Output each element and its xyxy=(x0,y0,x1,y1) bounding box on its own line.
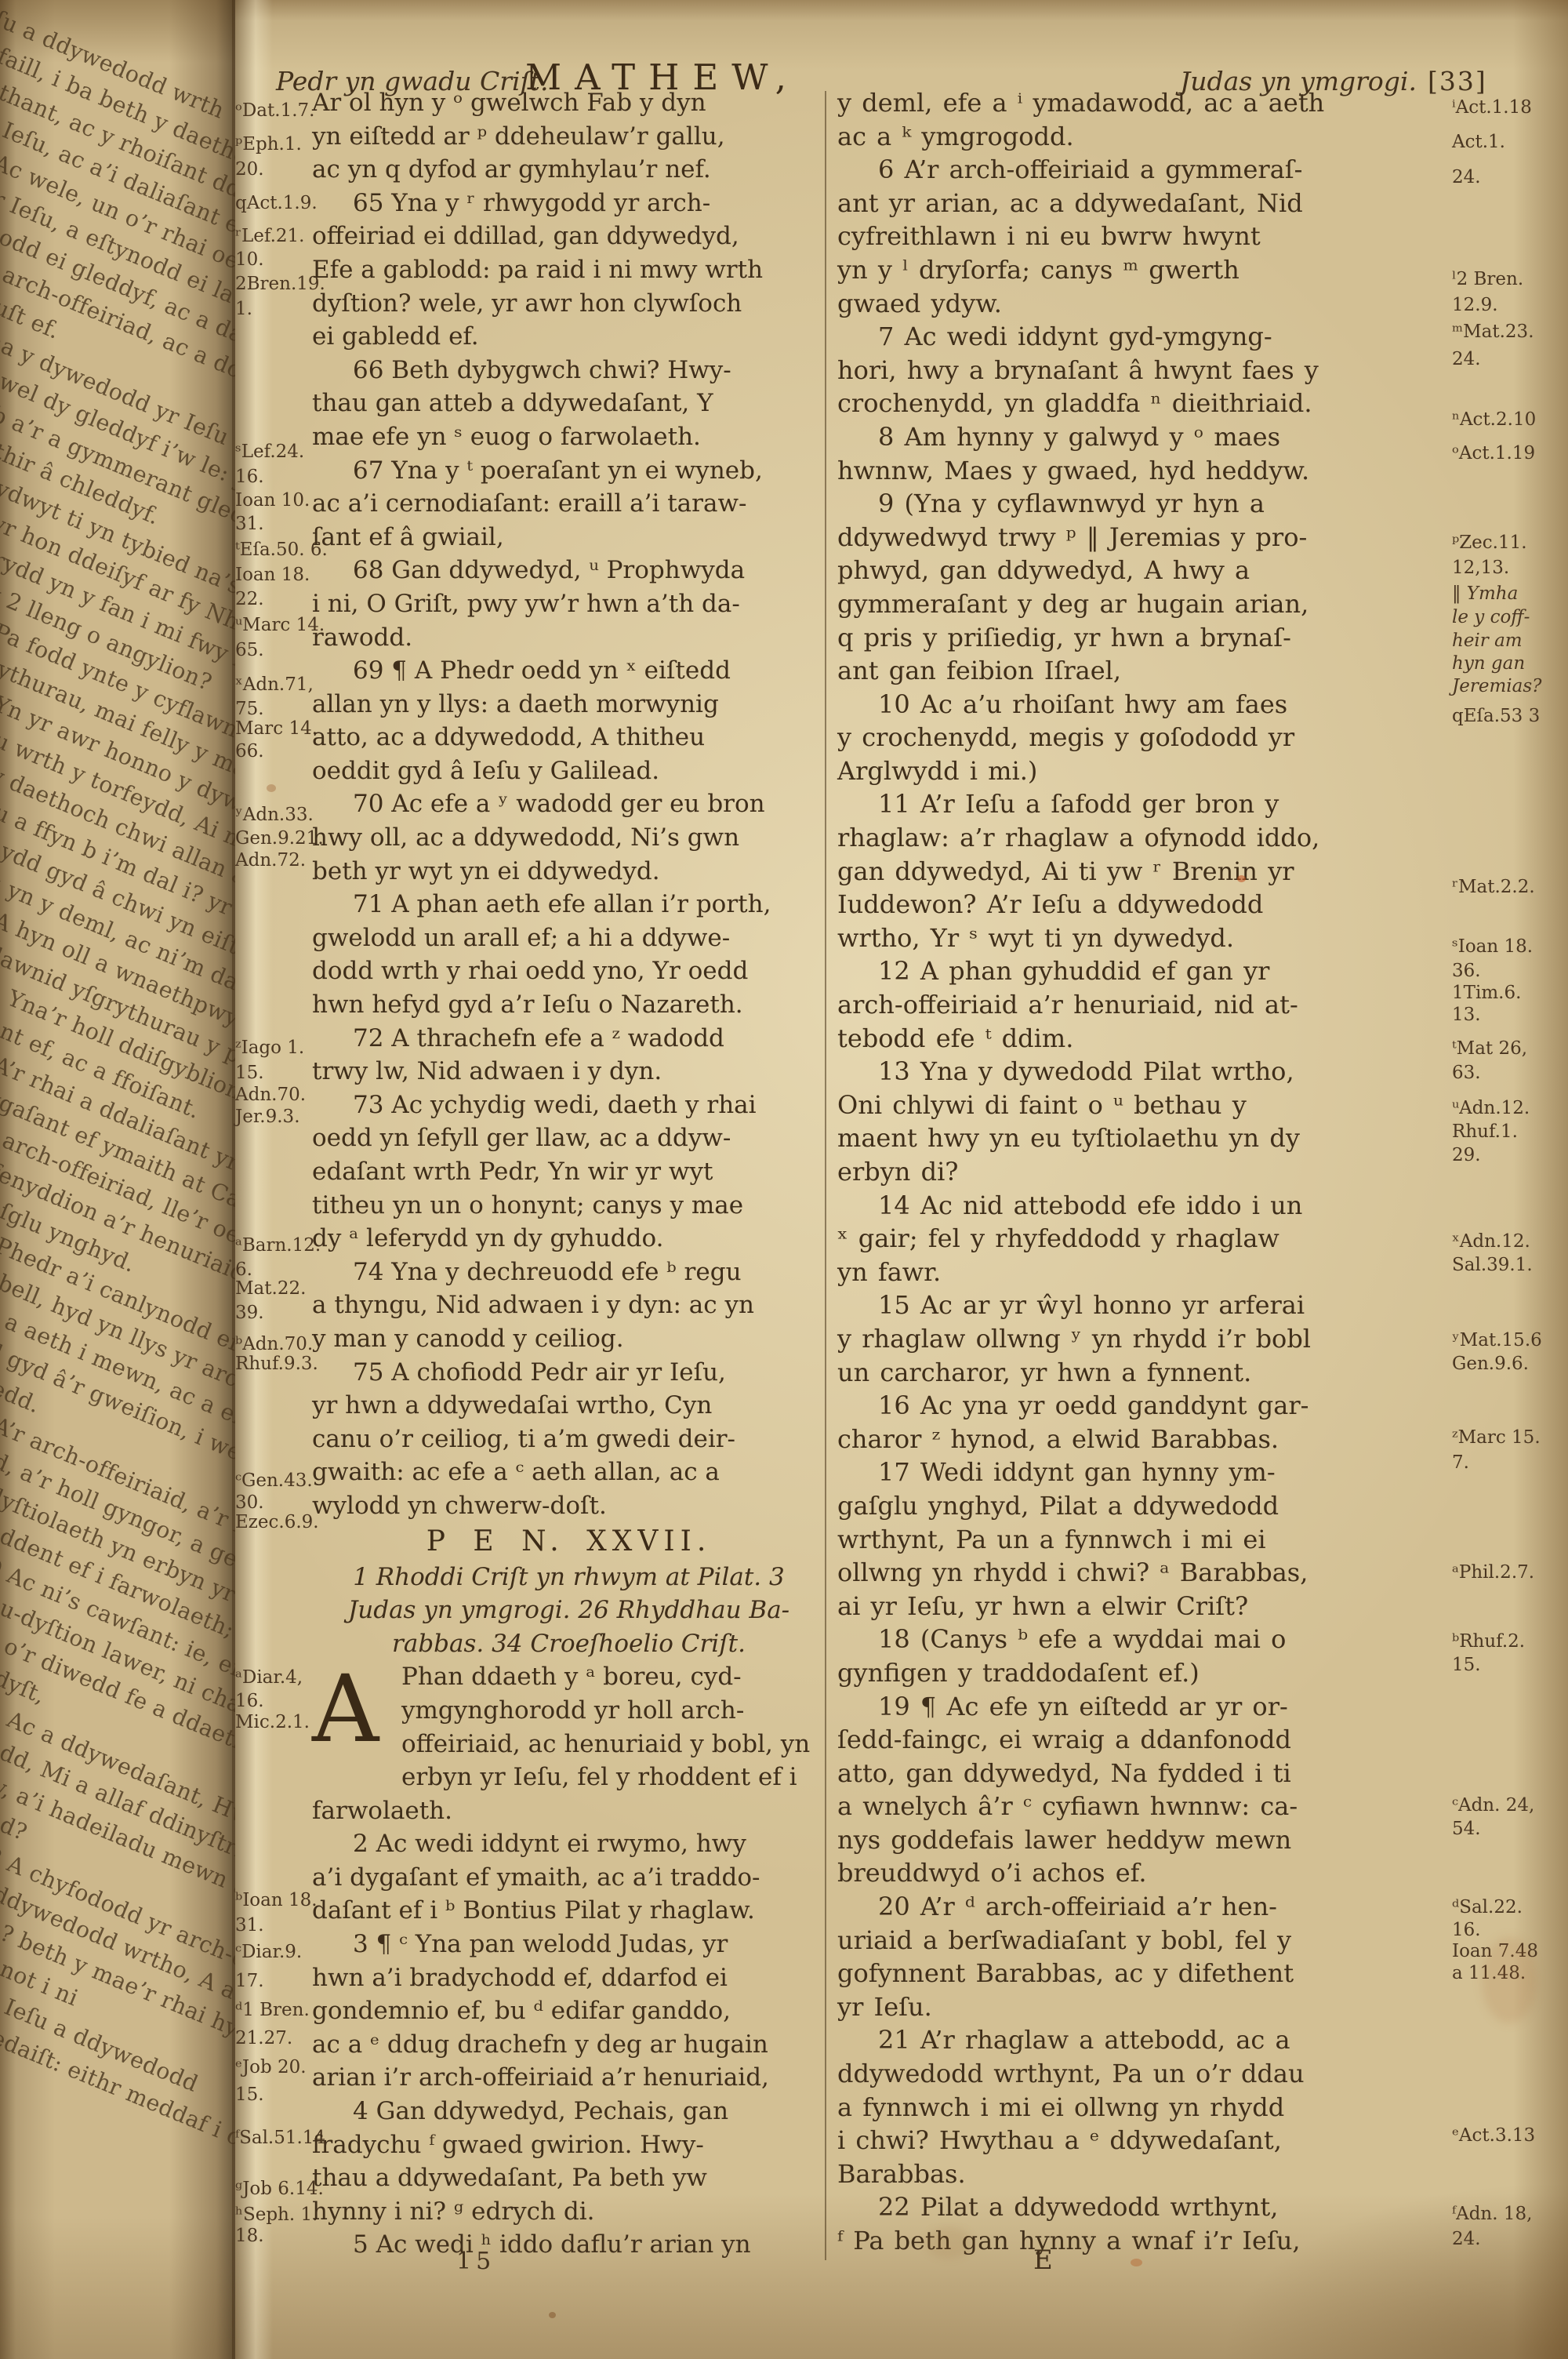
margin-note: Ezec.6.9. xyxy=(235,1514,319,1532)
text-line: gofynnent Barabbas, ac y difethent xyxy=(837,1957,1457,1990)
text-line: ſedd-faingc, ei wraig a ddanfonodd xyxy=(837,1723,1457,1757)
margin-note: Sal.39.1. xyxy=(1452,1256,1533,1274)
text-line: 8 Am hynny y galwyd y ᵒ maes xyxy=(837,420,1457,454)
margin-note: ʳMat.2.2. xyxy=(1452,878,1535,896)
margin-note: 24. xyxy=(1452,351,1481,369)
text-line: arch-offeiriaid a’r henuriaid, nid at- xyxy=(837,988,1457,1022)
text-line: 19 ¶ Ac efe yn eiſtedd ar yr or- xyxy=(837,1690,1457,1724)
margin-note: 6. xyxy=(235,1261,252,1279)
margin-note: Jer.9.3. xyxy=(235,1108,300,1126)
margin-note: ᵒAct.1.19 xyxy=(1452,445,1535,463)
text-line: 20 A’r ᵈ arch-offeiriaid a’r hen- xyxy=(837,1890,1457,1924)
text-line: ac a’i cernodiaſant: eraill a’i taraw- xyxy=(312,487,826,521)
margin-note: 75. xyxy=(235,700,264,718)
margin-note: hyn gan xyxy=(1452,655,1525,673)
text-line: yr hwn a ddywedaſai wrtho, Cyn xyxy=(312,1389,826,1423)
margin-note: ᶜAdn. 24, xyxy=(1452,1797,1534,1815)
margin-note: 16. xyxy=(1452,1921,1481,1939)
margin-note: 24. xyxy=(1452,169,1481,187)
text-line: 18 (Canys ᵇ efe a wyddai mai o xyxy=(837,1623,1457,1656)
text-line: gondemnio ef, bu ᵈ edifar ganddo, xyxy=(312,1994,826,2028)
text-line: wrthynt, Pa un a fynnwch i mi ei xyxy=(837,1523,1457,1557)
margin-note: Ioan 18. xyxy=(235,566,310,584)
text-line: hwn hefyd gyd a’r Ieſu o Nazareth. xyxy=(312,988,826,1022)
margin-note: Mat.22. xyxy=(235,1280,306,1298)
text-line: Oni chlywi di faint o ᵘ bethau y xyxy=(837,1089,1457,1122)
margin-note: ᵇIoan 18. xyxy=(235,1892,318,1910)
chapter-summary-line: Judas yn ymgrogi. 26 Rhyddhau Ba- xyxy=(312,1594,826,1627)
text-line: dy ᵃ leferydd yn dy gyhuddo. xyxy=(312,1222,826,1256)
catchword: 15 xyxy=(456,2248,495,2275)
text-line: q pris y priſiedig, yr hwn a brynaſ- xyxy=(837,621,1457,655)
text-line: edaſant wrth Pedr, Yn wir yr wyt xyxy=(312,1155,826,1189)
margin-note: ᶜDiar.9. xyxy=(235,1943,302,1961)
text-line: Arglwydd i mi.) xyxy=(837,754,1457,788)
text-line: atto, gan ddywedyd, Na fydded i ti xyxy=(837,1757,1457,1790)
margin-note: qEſa.53 3 xyxy=(1452,707,1540,725)
text-line: phwyd, gan ddywedyd, A hwy a xyxy=(837,554,1457,587)
margin-note: 36. xyxy=(1452,962,1481,980)
text-line: un carcharor, yr hwn a fynnent. xyxy=(837,1356,1457,1390)
text-line: 7 Ac wedi iddynt gyd-ymgyng- xyxy=(837,320,1457,354)
text-line: a thyngu, Nid adwaen i y dyn: ac yn xyxy=(312,1289,826,1322)
margin-note: a 11.48. xyxy=(1452,1965,1526,1983)
text-line: tebodd efe ᵗ ddim. xyxy=(837,1022,1457,1056)
left-column-verses-ch26: Ar ol hyn y ᵒ gwelwch Fab y dynyn eiſted… xyxy=(312,86,826,1523)
text-line: yn fawr. xyxy=(837,1256,1457,1289)
margin-note: ᵈSal.22. xyxy=(1452,1899,1523,1917)
text-line: erbyn yr Ieſu, fel y rhoddent ef i xyxy=(312,1761,826,1794)
margin-note: ᵗMat 26, xyxy=(1452,1040,1527,1058)
text-line: 5 Ac wedi ʰ iddo daflu’r arian yn xyxy=(312,2228,826,2262)
margin-note: ᶻMarc 15. xyxy=(1452,1429,1541,1447)
text-line: yn eiſtedd ar ᵖ ddeheulaw’r gallu, xyxy=(312,120,826,154)
margin-note: Marc 14. xyxy=(235,720,318,738)
margin-note: Rhuf.1. xyxy=(1452,1123,1518,1141)
margin-note: ʳLef.21. xyxy=(235,227,304,245)
text-line: 9 (Yna y cyflawnwyd yr hyn a xyxy=(837,487,1457,521)
margin-note: ᶠAdn. 18, xyxy=(1452,2205,1532,2223)
text-line: beth yr wyt yn ei ddywedyd. xyxy=(312,855,826,889)
text-line: maent hwy yn eu tyſtiolaethu yn dy xyxy=(837,1121,1457,1155)
left-column-verses-ch27: A Phan ddaeth y ᵃ boreu, cyd-ymgynghorod… xyxy=(312,1660,826,2262)
margin-note: 31. xyxy=(235,1917,264,1935)
text-line: yn y ˡ dryſorfa; canys ᵐ gwerth xyxy=(837,253,1457,287)
margin-note: 18. xyxy=(235,2227,264,2245)
text-line: breuddwyd o’i achos ef. xyxy=(837,1856,1457,1890)
chapter-heading: P E N. XXVII. xyxy=(312,1523,826,1561)
margin-note: heir am xyxy=(1452,632,1523,650)
text-line: daſant ef i ᵇ Bontius Pilat y rhaglaw. xyxy=(312,1894,826,1928)
text-line: 21 A’r rhaglaw a attebodd, ac a xyxy=(837,2023,1457,2057)
drop-cap-initial: A xyxy=(312,1665,394,1762)
margin-note: ᵃBarn.12. xyxy=(235,1237,321,1255)
text-line: Ar ol hyn y ᵒ gwelwch Fab y dyn xyxy=(312,86,826,120)
text-line: i ni, O Griſt, pwy yw’r hwn a’th da- xyxy=(312,587,826,621)
foxing-stain xyxy=(267,784,276,792)
text-line: gynfigen y traddodaſent ef.) xyxy=(837,1656,1457,1690)
margin-note: 65. xyxy=(235,642,264,660)
margin-note: 54. xyxy=(1452,1820,1481,1838)
text-line: ant gan feibion Iſrael, xyxy=(837,654,1457,688)
margin-note: ʰSeph. 1. xyxy=(235,2206,318,2224)
text-line: gymmeraſant y deg ar hugain arian, xyxy=(837,587,1457,621)
margin-note: ʸAdn.33. xyxy=(235,806,314,824)
text-line: 6 A’r arch-offeiriaid a gymmeraſ- xyxy=(837,153,1457,187)
text-line: rawodd. xyxy=(312,621,826,655)
text-line: 65 Yna y ʳ rhwygodd yr arch- xyxy=(312,187,826,220)
text-line: Iuddewon? A’r Ieſu a ddywedodd xyxy=(837,888,1457,921)
text-line: 68 Gan ddywedyd, ᵘ Prophwyda xyxy=(312,554,826,587)
text-line: nys goddefais lawer heddyw mewn xyxy=(837,1823,1457,1857)
margin-note: ᵐMat.23. xyxy=(1452,323,1534,341)
text-line: 4 Gan ddywedyd, Pechais, gan xyxy=(312,2095,826,2128)
text-line: a’i dygaſant ef ymaith, ac a’i traddo- xyxy=(312,1861,826,1895)
text-line: 75 A chofiodd Pedr air yr Ieſu, xyxy=(312,1356,826,1390)
text-line: 67 Yna y ᵗ poeraſant yn ei wyneb, xyxy=(312,454,826,488)
text-line: 74 Yna y dechreuodd efe ᵇ regu xyxy=(312,1256,826,1289)
foxing-stain xyxy=(1131,2259,1142,2266)
margin-note: ˢIoan 18. xyxy=(1452,938,1533,956)
left-text-column: Ar ol hyn y ᵒ gwelwch Fab y dynyn eiſted… xyxy=(312,86,826,2262)
margin-note: 15. xyxy=(235,2086,264,2104)
text-line: oeddit gyd â Ieſu y Galilead. xyxy=(312,754,826,788)
text-line: titheu yn un o honynt; canys y mae xyxy=(312,1189,826,1223)
text-line: hori, hwy a brynaſant â hwynt faes y xyxy=(837,354,1457,387)
margin-note: ᵉJob 20. xyxy=(235,2059,307,2077)
text-line: ac a ᵏ ymgrogodd. xyxy=(837,120,1457,154)
margin-note: ᶻIago 1. xyxy=(235,1039,304,1057)
text-line: y deml, efe a ⁱ ymadawodd, ac a aeth xyxy=(837,86,1457,120)
text-line: cyfreithlawn i ni eu bwrw hwynt xyxy=(837,220,1457,253)
scanned-bible-page: Ieſu a ddywedodd wrthcyfaill, i ba beth … xyxy=(0,0,1568,2359)
text-line: hwn a’i bradychodd ef, ddarfod ei xyxy=(312,1961,826,1995)
text-line: gan ddywedyd, Ai ti yw ʳ Brenin yr xyxy=(837,855,1457,889)
text-line: fradychu ᶠ gwaed gwirion. Hwy- xyxy=(312,2128,826,2162)
margin-note: ᵖEph.1. xyxy=(235,136,302,154)
text-line: ac yn q dyfod ar gymhylau’r nef. xyxy=(312,153,826,187)
chapter-summary: 1 Rhoddi Criſt yn rhwym at Pilat. 3Judas… xyxy=(312,1561,826,1661)
text-line: rhaglaw: a’r rhaglaw a ofynodd iddo, xyxy=(837,821,1457,855)
text-line: y man y canodd y ceiliog. xyxy=(312,1322,826,1356)
margin-note: ᵈ1 Bren. xyxy=(235,2001,310,2019)
text-line: gwaith: ac efe a ᶜ aeth allan, ac a xyxy=(312,1456,826,1489)
margin-note: 63. xyxy=(1452,1064,1481,1082)
text-line: ac a ᵉ ddug drachefn y deg ar hugain xyxy=(312,2028,826,2062)
text-line: uriaid a berſwadiaſant y bobl, fel y xyxy=(837,1924,1457,1957)
text-line: charor ᶻ hynod, a elwid Barabbas. xyxy=(837,1423,1457,1456)
margin-note: ˢLef.24. xyxy=(235,443,304,461)
margin-note: Jeremias? xyxy=(1452,678,1541,696)
text-line: thau gan atteb a ddywedaſant, Y xyxy=(312,387,826,420)
text-line: canu o’r ceiliog, ti a’m gwedi deir- xyxy=(312,1423,826,1456)
margin-note: 17. xyxy=(235,1972,264,1990)
margin-note: 10. xyxy=(235,251,264,269)
margin-note: 12.9. xyxy=(1452,296,1498,314)
text-line: yr Ieſu. xyxy=(837,1990,1457,2024)
signature-mark: E xyxy=(1033,2245,1053,2276)
text-line: ᶠ Pa beth gan hynny a wnaf i’r Ieſu, xyxy=(837,2224,1457,2258)
text-line: 10 Ac a’u rhoiſant hwy am faes xyxy=(837,688,1457,722)
margin-note: 16. xyxy=(235,468,264,486)
text-line: 73 Ac ychydig wedi, daeth y rhai xyxy=(312,1089,826,1122)
margin-note: ᵒDat.1.7. xyxy=(235,102,314,120)
text-line: 13 Yna y dywedodd Pilat wrtho, xyxy=(837,1055,1457,1089)
text-line: wrtho, Yr ˢ wyt ti yn dywedyd. xyxy=(837,921,1457,955)
text-line: gwaed ydyw. xyxy=(837,287,1457,321)
text-line: dyſtion? wele, yr awr hon clywſoch xyxy=(312,287,826,321)
margin-note: ˡ2 Bren. xyxy=(1452,271,1523,289)
text-line: 16 Ac yna yr oedd ganddynt gar- xyxy=(837,1389,1457,1423)
text-line: ei gabledd ef. xyxy=(312,320,826,354)
text-line: 3 ¶ ᶜ Yna pan welodd Judas, yr xyxy=(312,1928,826,1961)
text-line: ant yr arian, ac a ddywedaſant, Nid xyxy=(837,187,1457,220)
margin-note: 39. xyxy=(235,1304,264,1322)
margin-note: 1Tim.6. xyxy=(1452,984,1521,1002)
text-line: hwy oll, ac a ddywedodd, Ni’s gwn xyxy=(312,821,826,855)
text-line: ˣ gair; fel y rhyfeddodd y rhaglaw xyxy=(837,1222,1457,1256)
margin-note: 20. xyxy=(235,161,264,179)
text-line: crochenydd, yn gladdfa ⁿ dieithriaid. xyxy=(837,387,1457,420)
text-line: atto, ac a ddywedodd, A thitheu xyxy=(312,721,826,754)
margin-note: ‖ Ymha xyxy=(1452,585,1518,603)
margin-note: 29. xyxy=(1452,1147,1481,1165)
margin-note: Adn.70. xyxy=(235,1086,306,1104)
margin-note: qAct.1.9. xyxy=(235,194,318,213)
margin-note: 30. xyxy=(235,1494,264,1512)
text-line: 15 Ac ar yr ŵyl honno yr arferai xyxy=(837,1289,1457,1322)
text-line: ddywedwyd trwy ᵖ ‖ Jeremias y pro- xyxy=(837,521,1457,554)
margin-note: 15. xyxy=(235,1064,264,1082)
margin-note: ᵍJob 6.14. xyxy=(235,2180,324,2198)
margin-note: 15. xyxy=(1452,1656,1481,1674)
margin-note: Ioan 10. xyxy=(235,492,310,510)
margin-note: ˣAdn.71, xyxy=(235,676,314,694)
text-line: 70 Ac efe a ʸ wadodd ger eu bron xyxy=(312,787,826,821)
text-line: oedd yn ſefyll ger llaw, ac a ddyw- xyxy=(312,1121,826,1155)
text-line: allan yn y llys: a daeth morwynig xyxy=(312,688,826,722)
margin-note: 12,13. xyxy=(1452,559,1509,577)
margin-note: Mic.2.1. xyxy=(235,1714,310,1732)
text-line: gaſglu ynghyd, Pilat a ddywedodd xyxy=(837,1489,1457,1523)
text-line: 2 Ac wedi iddynt ei rwymo, hwy xyxy=(312,1827,826,1861)
margin-note: Gen.9.6. xyxy=(1452,1355,1529,1373)
text-line: hwnnw, Maes y gwaed, hyd heddyw. xyxy=(837,454,1457,488)
margin-note: ⁱAct.1.18 xyxy=(1452,99,1532,117)
text-line: a wnelych â’r ᶜ cyfiawn hwnnw: ca- xyxy=(837,1790,1457,1823)
margin-note: ᵇAdn.70. xyxy=(235,1336,313,1354)
previous-page-text: Ieſu a ddywedodd wrthcyfaill, i ba beth … xyxy=(0,0,235,2359)
text-line: 72 A thrachefn efe a ᶻ wadodd xyxy=(312,1022,826,1056)
margin-note: ᵃDiar.4, xyxy=(235,1669,303,1687)
text-line: i chwi? Hwythau a ᵉ ddywedaſant, xyxy=(837,2124,1457,2157)
margin-note: 7. xyxy=(1452,1454,1469,1472)
text-line: gwelodd un arall ef; a hi a ddywe- xyxy=(312,921,826,955)
margin-note: 13. xyxy=(1452,1006,1481,1024)
margin-note: Gen.9.21. xyxy=(235,830,324,848)
margin-note: ˣAdn.12. xyxy=(1452,1233,1530,1251)
text-line: a fynnwch i mi ei ollwng yn rhydd xyxy=(837,2091,1457,2125)
text-line: 14 Ac nid attebodd efe iddo i un xyxy=(837,1189,1457,1223)
text-line: y crochenydd, megis y goſododd yr xyxy=(837,721,1457,754)
margin-note: Rhuf.9.3. xyxy=(235,1355,318,1373)
margin-note: 16. xyxy=(235,1692,264,1710)
margin-note: 22. xyxy=(235,591,264,609)
text-line: erbyn di? xyxy=(837,1155,1457,1189)
text-line: arian i’r arch-offeiriaid a’r henuriaid, xyxy=(312,2061,826,2095)
previous-page-edge: Ieſu a ddywedodd wrthcyfaill, i ba beth … xyxy=(0,0,235,2359)
margin-note: 21.27. xyxy=(235,2030,292,2048)
margin-note: Act.1. xyxy=(1452,133,1505,151)
text-line: thau a ddywedaſant, Pa beth yw xyxy=(312,2161,826,2195)
text-line: 69 ¶ A Phedr oedd yn ˣ eiſtedd xyxy=(312,654,826,688)
right-text-column: y deml, efe a ⁱ ymadawodd, ac a aethac a… xyxy=(837,86,1457,2258)
text-line: mae efe yn ˢ euog o farwolaeth. xyxy=(312,420,826,454)
right-column-verses: y deml, efe a ⁱ ymadawodd, ac a aethac a… xyxy=(837,86,1457,2258)
margin-note: ᵉAct.3.13 xyxy=(1452,2127,1535,2145)
margin-note: ᵘAdn.12. xyxy=(1452,1100,1530,1118)
text-line: 17 Wedi iddynt gan hynny ym- xyxy=(837,1456,1457,1489)
text-line: y rhaglaw ollwng ʸ yn rhydd i’r bobl xyxy=(837,1322,1457,1356)
text-line: ollwng yn rhydd i chwi? ᵃ Barabbas, xyxy=(837,1556,1457,1590)
text-line: dodd wrth y rhai oedd yno, Yr oedd xyxy=(312,954,826,988)
text-line: 66 Beth dybygwch chwi? Hwy- xyxy=(312,354,826,387)
text-line: offeiriad ei ddillad, gan ddywedyd, xyxy=(312,220,826,253)
text-line: farwolaeth. xyxy=(312,1794,826,1828)
margin-note: ᵖZec.11. xyxy=(1452,534,1527,552)
text-line: wylodd yn chwerw-doſt. xyxy=(312,1489,826,1523)
text-line: ſant ef â gwiail, xyxy=(312,521,826,554)
text-line: trwy lw, Nid adwaen i y dyn. xyxy=(312,1055,826,1089)
margin-note: 1. xyxy=(235,300,252,318)
text-line: 71 A phan aeth efe allan i’r porth, xyxy=(312,888,826,921)
text-line: hynny i ni? ᵍ edrych di. xyxy=(312,2195,826,2229)
text-line: ddywedodd wrthynt, Pa un o’r ddau xyxy=(837,2057,1457,2091)
margin-note: ⁿAct.2.10 xyxy=(1452,411,1536,429)
margin-note: 31. xyxy=(235,515,264,533)
margin-note: ʸMat.15.6 xyxy=(1452,1332,1542,1350)
margin-note: ᵇRhuf.2. xyxy=(1452,1633,1525,1651)
margin-note: ᶜGen.43. xyxy=(235,1472,313,1490)
chapter-summary-line: 1 Rhoddi Criſt yn rhwym at Pilat. 3 xyxy=(312,1561,826,1594)
text-line: 11 A’r Ieſu a ſafodd ger bron y xyxy=(837,787,1457,821)
margin-note: Adn.72. xyxy=(235,852,306,870)
text-line: 22 Pilat a ddywedodd wrthynt, xyxy=(837,2190,1457,2224)
text-line: Efe a gablodd: pa raid i ni mwy wrth xyxy=(312,253,826,287)
margin-note: ᵃPhil.2.7. xyxy=(1452,1564,1534,1582)
text-line: Barabbas. xyxy=(837,2157,1457,2191)
text-line: ai yr Ieſu, yr hwn a elwir Criſt? xyxy=(837,1590,1457,1623)
chapter-summary-line: rabbas. 34 Croeſhoelio Criſt. xyxy=(312,1627,826,1661)
margin-note: 66. xyxy=(235,743,264,761)
text-line: 12 A phan gyhuddid ef gan yr xyxy=(837,954,1457,988)
margin-note: le y coff- xyxy=(1452,609,1530,627)
margin-note: Ioan 7.48 xyxy=(1452,1943,1538,1961)
foxing-stain xyxy=(549,2312,556,2318)
margin-note: 24. xyxy=(1452,2230,1481,2248)
